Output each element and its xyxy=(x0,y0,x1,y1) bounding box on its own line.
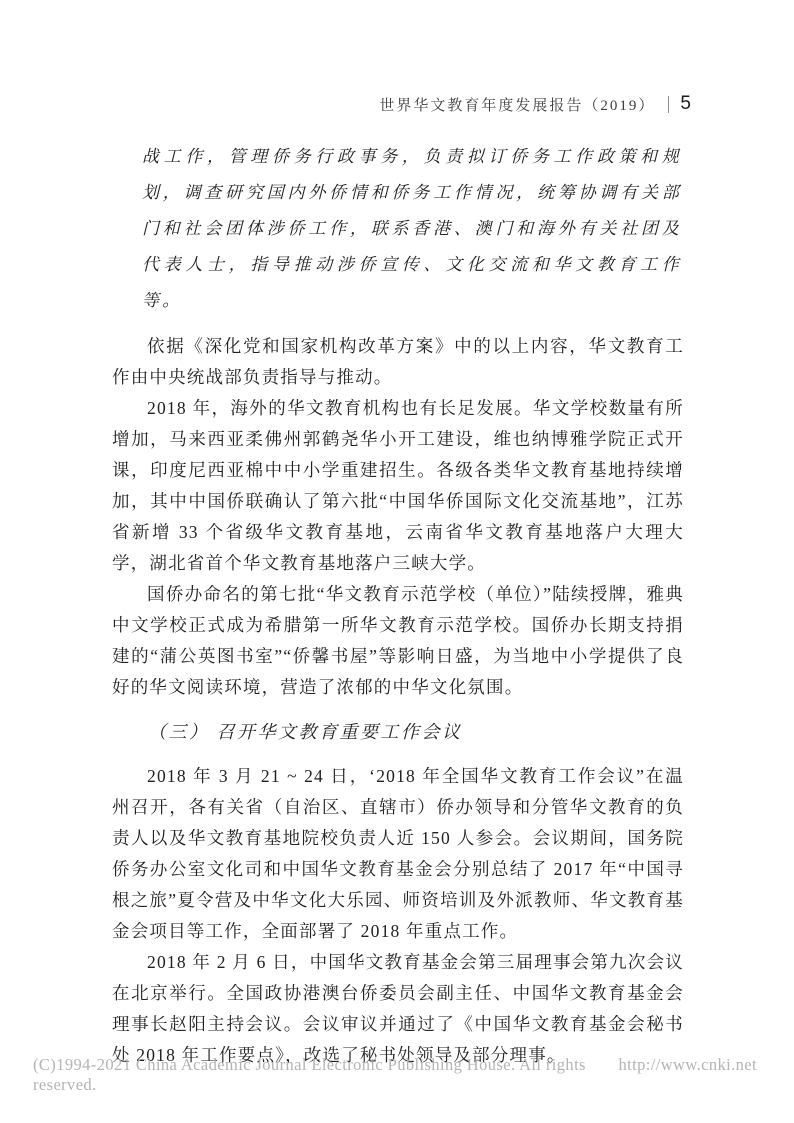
cnki-url: http://www.cnki.net xyxy=(618,1055,757,1075)
running-header: 世界华文教育年度发展报告（2019） 5 xyxy=(379,93,691,115)
section-heading: （三） 召开华文教育重要工作会议 xyxy=(112,718,684,744)
header-divider xyxy=(668,96,669,113)
report-title: 世界华文教育年度发展报告（2019） xyxy=(379,94,655,115)
document-page: 世界华文教育年度发展报告（2019） 5 战工作，管理侨务行政事务，负责拟订侨务… xyxy=(0,0,794,1123)
body-paragraph: 2018 年 2 月 6 日，中国华文教育基金会第三届理事会第九次会议在北京举行… xyxy=(112,947,684,1071)
quote-continuation-paragraph: 战工作，管理侨务行政事务，负责拟订侨务工作政策和规划，调查研究国内外侨情和侨务工… xyxy=(112,139,684,319)
copyright-text: (C)1994-2021 China Academic Journal Elec… xyxy=(33,1055,618,1095)
body-paragraph: 2018 年，海外的华文教育机构也有长足发展。华文学校数量有所增加，马来西亚柔佛… xyxy=(112,393,684,579)
body-paragraph: 2018 年 3 月 21 ~ 24 日，‘2018 年全国华文教育工作会议”在… xyxy=(112,761,684,947)
page-number: 5 xyxy=(680,93,691,115)
body-paragraph: 依据《深化党和国家机构改革方案》中的以上内容，华文教育工作由中央统战部负责指导与… xyxy=(112,331,684,393)
page-body: 战工作，管理侨务行政事务，负责拟订侨务工作政策和规划，调查研究国内外侨情和侨务工… xyxy=(112,139,684,1071)
cnki-watermark-footer: (C)1994-2021 China Academic Journal Elec… xyxy=(33,1055,757,1095)
body-paragraph: 国侨办命名的第七批“华文教育示范学校（单位）”陆续授牌，雅典中文学校正式成为希腊… xyxy=(112,579,684,703)
